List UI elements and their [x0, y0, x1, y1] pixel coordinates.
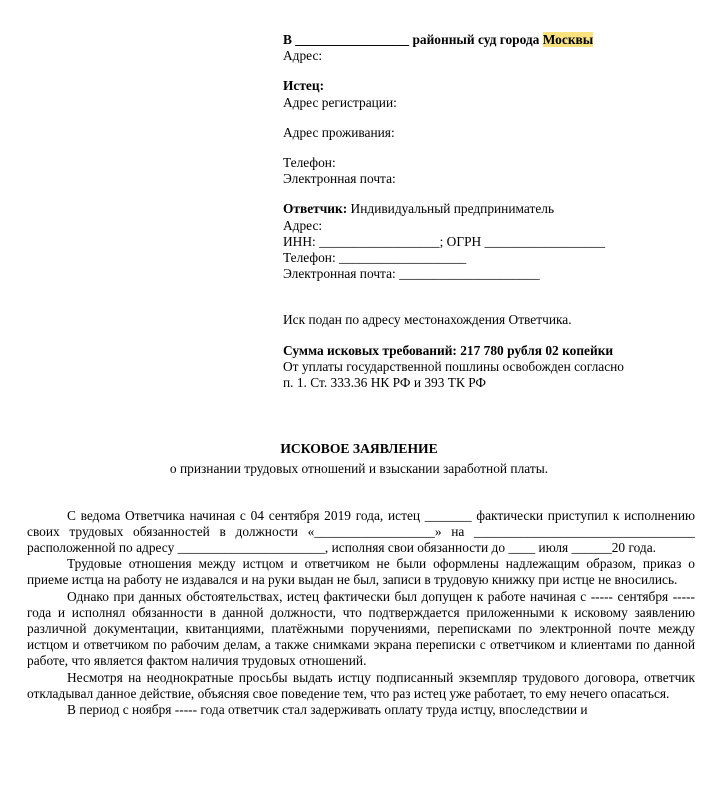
filing-note: Иск подан по адресу местонахождения Отве… — [283, 312, 708, 328]
document-title: ИСКОВОЕ ЗАЯВЛЕНИЕ — [0, 441, 718, 457]
defendant-phone-line: Телефон: ___________________ — [283, 250, 708, 266]
title-block: ИСКОВОЕ ЗАЯВЛЕНИЕ о признании трудовых о… — [0, 441, 718, 477]
defendant-inn-line: ИНН: __________________; ОГРН __________… — [283, 234, 708, 250]
defendant-value: Индивидуальный предприниматель — [351, 201, 555, 216]
document-page: В _________________ районный суд города … — [0, 0, 718, 786]
document-body: С ведома Ответчика начиная с 04 сентября… — [27, 508, 695, 719]
court-line: В _________________ районный суд города … — [283, 32, 708, 48]
court-name-blank: _________________ — [295, 32, 412, 47]
paragraph-4: Несмотря на неоднократные просьбы выдать… — [27, 670, 695, 702]
paragraph-5: В период с ноября ----- года ответчик ст… — [27, 702, 695, 718]
fee-exemption-line2: п. 1. Ст. 333.36 НК РФ и 393 ТК РФ — [283, 375, 708, 391]
plaintiff-living-address-label: Адрес проживания: — [283, 125, 708, 141]
city-highlight: Москвы — [543, 32, 594, 47]
defendant-label: Ответчик: — [283, 201, 351, 216]
plaintiff-email-label: Электронная почта: — [283, 171, 708, 187]
court-header-block: В _________________ районный суд города … — [283, 32, 708, 391]
defendant-address-label: Адрес: — [283, 218, 708, 234]
court-address-label: Адрес: — [283, 48, 708, 64]
document-subtitle: о признании трудовых отношений и взыскан… — [0, 461, 718, 477]
defendant-email-line: Электронная почта: _____________________ — [283, 266, 708, 282]
claim-amount-line: Сумма исковых требований: 217 780 рубля … — [283, 343, 708, 359]
defendant-line: Ответчик: Индивидуальный предприниматель — [283, 201, 708, 217]
plaintiff-label: Истец: — [283, 78, 708, 94]
paragraph-3: Однако при данных обстоятельствах, истец… — [27, 589, 695, 670]
court-line-prefix: В — [283, 32, 295, 47]
plaintiff-reg-address-label: Адрес регистрации: — [283, 95, 708, 111]
paragraph-1: С ведома Ответчика начиная с 04 сентября… — [27, 508, 695, 557]
paragraph-2: Трудовые отношения между истцом и ответч… — [27, 556, 695, 588]
court-line-text: районный суд города — [412, 32, 542, 47]
fee-exemption-line1: От уплаты государственной пошлины освобо… — [283, 359, 708, 375]
plaintiff-phone-label: Телефон: — [283, 155, 708, 171]
